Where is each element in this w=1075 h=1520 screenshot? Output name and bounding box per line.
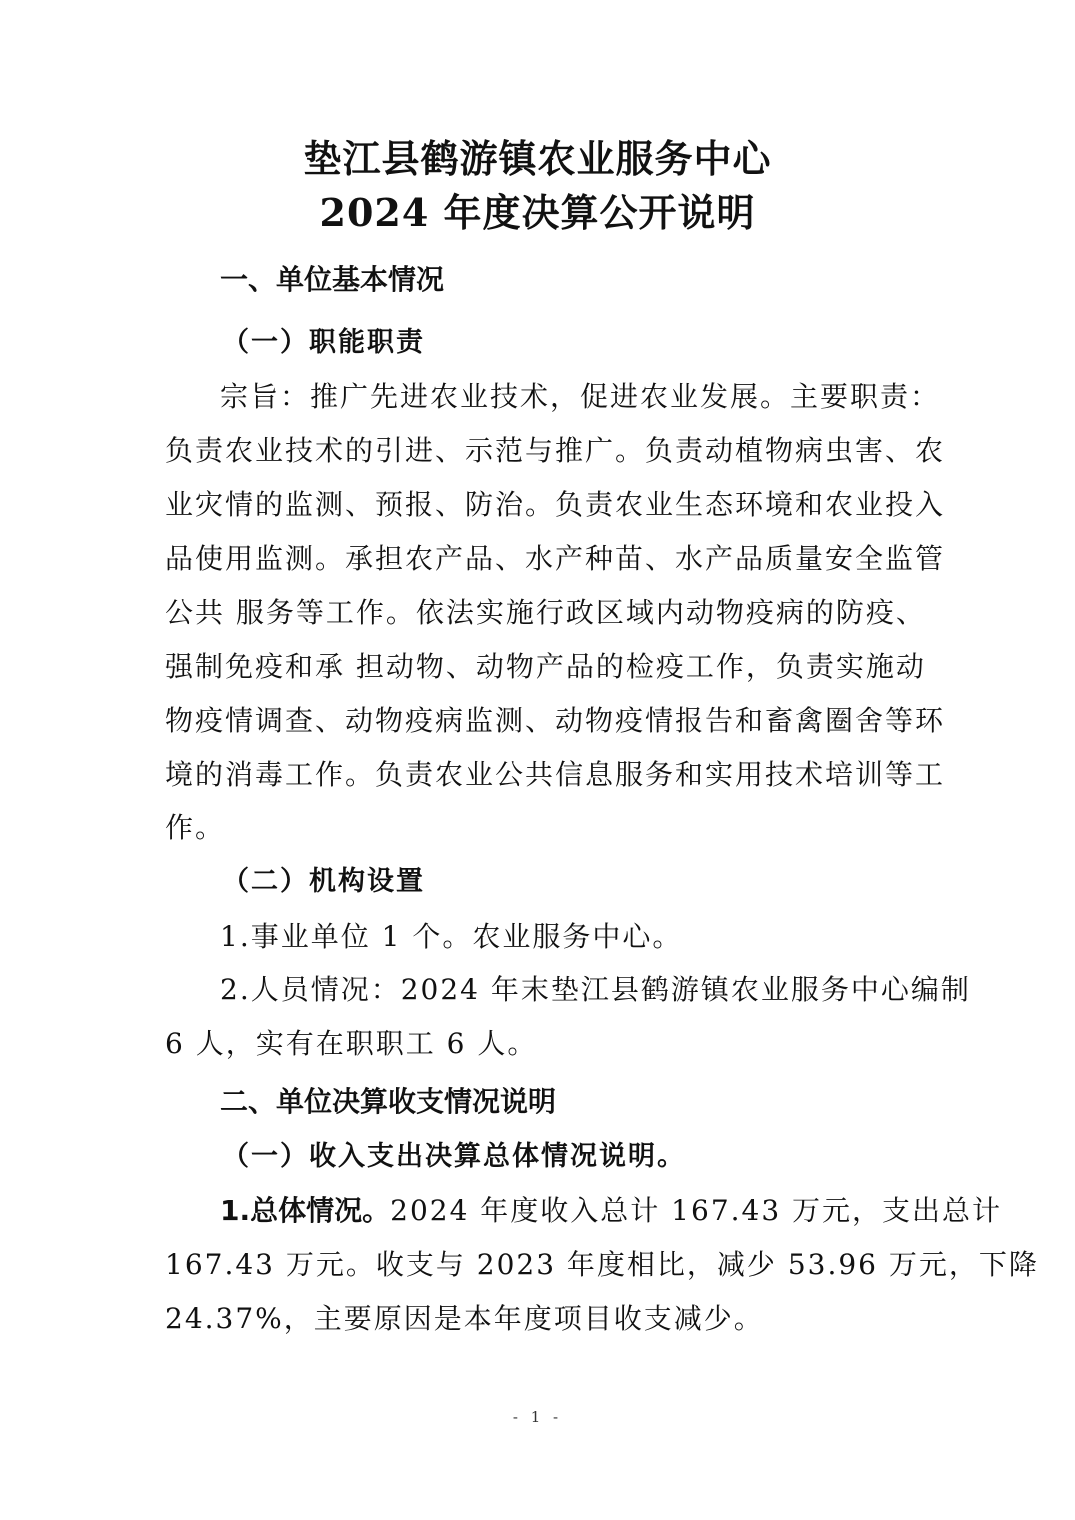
organization-item-2-line2: 6 人，实有在职职工 6 人。 (165, 1024, 915, 1064)
duties-line: 业灾情的监测、预报、防治。负责农业生态环境和农业投入 (165, 485, 915, 525)
section1-heading: 一、单位基本情况 (220, 260, 444, 300)
overview-line2: 167.43 万元。收支与 2023 年度相比，减少 53.96 万元，下降 (165, 1245, 915, 1285)
subsection-duties-heading: （一）职能职责 (222, 323, 425, 363)
duties-line: 公共 服务等工作。依法实施行政区域内动物疫病的防疫、 (165, 593, 915, 633)
duties-line: 作。 (165, 808, 915, 848)
duties-line: 负责农业技术的引进、示范与推广。负责动植物病虫害、农 (165, 431, 915, 471)
organization-item-1: 1.事业单位 1 个。农业服务中心。 (220, 917, 915, 957)
document-title-line1: 垫江县鹤游镇农业服务中心 (0, 136, 1075, 182)
section2-heading: 二、单位决算收支情况说明 (220, 1082, 556, 1122)
overview-lead: 1.总体情况。 (220, 1194, 390, 1227)
overview-line3: 24.37%，主要原因是本年度项目收支减少。 (165, 1299, 915, 1339)
duties-line: 强制免疫和承 担动物、动物产品的检疫工作，负责实施动 (165, 647, 915, 687)
subsection-overview-heading: （一）收入支出决算总体情况说明。 (222, 1137, 686, 1177)
duties-line: 品使用监测。承担农产品、水产种苗、水产品质量安全监管 (165, 539, 915, 579)
overview-line1: 1.总体情况。2024 年度收入总计 167.43 万元，支出总计 (220, 1191, 915, 1231)
duties-line: 宗旨：推广先进农业技术，促进农业发展。主要职责： (220, 377, 915, 417)
document-title-line2: 2024 年度决算公开说明 (0, 190, 1075, 236)
document-page: 垫江县鹤游镇农业服务中心 2024 年度决算公开说明 一、单位基本情况 （一）职… (0, 0, 1075, 1520)
page-number: - 1 - (0, 1408, 1075, 1426)
duties-line: 境的消毒工作。负责农业公共信息服务和实用技术培训等工 (165, 755, 915, 795)
subsection-organization-heading: （二）机构设置 (222, 862, 425, 902)
organization-item-2-line1: 2.人员情况：2024 年末垫江县鹤游镇农业服务中心编制 (220, 970, 915, 1010)
overview-line1-text: 2024 年度收入总计 167.43 万元，支出总计 (390, 1194, 1002, 1227)
duties-line: 物疫情调查、动物疫病监测、动物疫情报告和畜禽圈舍等环 (165, 701, 915, 741)
